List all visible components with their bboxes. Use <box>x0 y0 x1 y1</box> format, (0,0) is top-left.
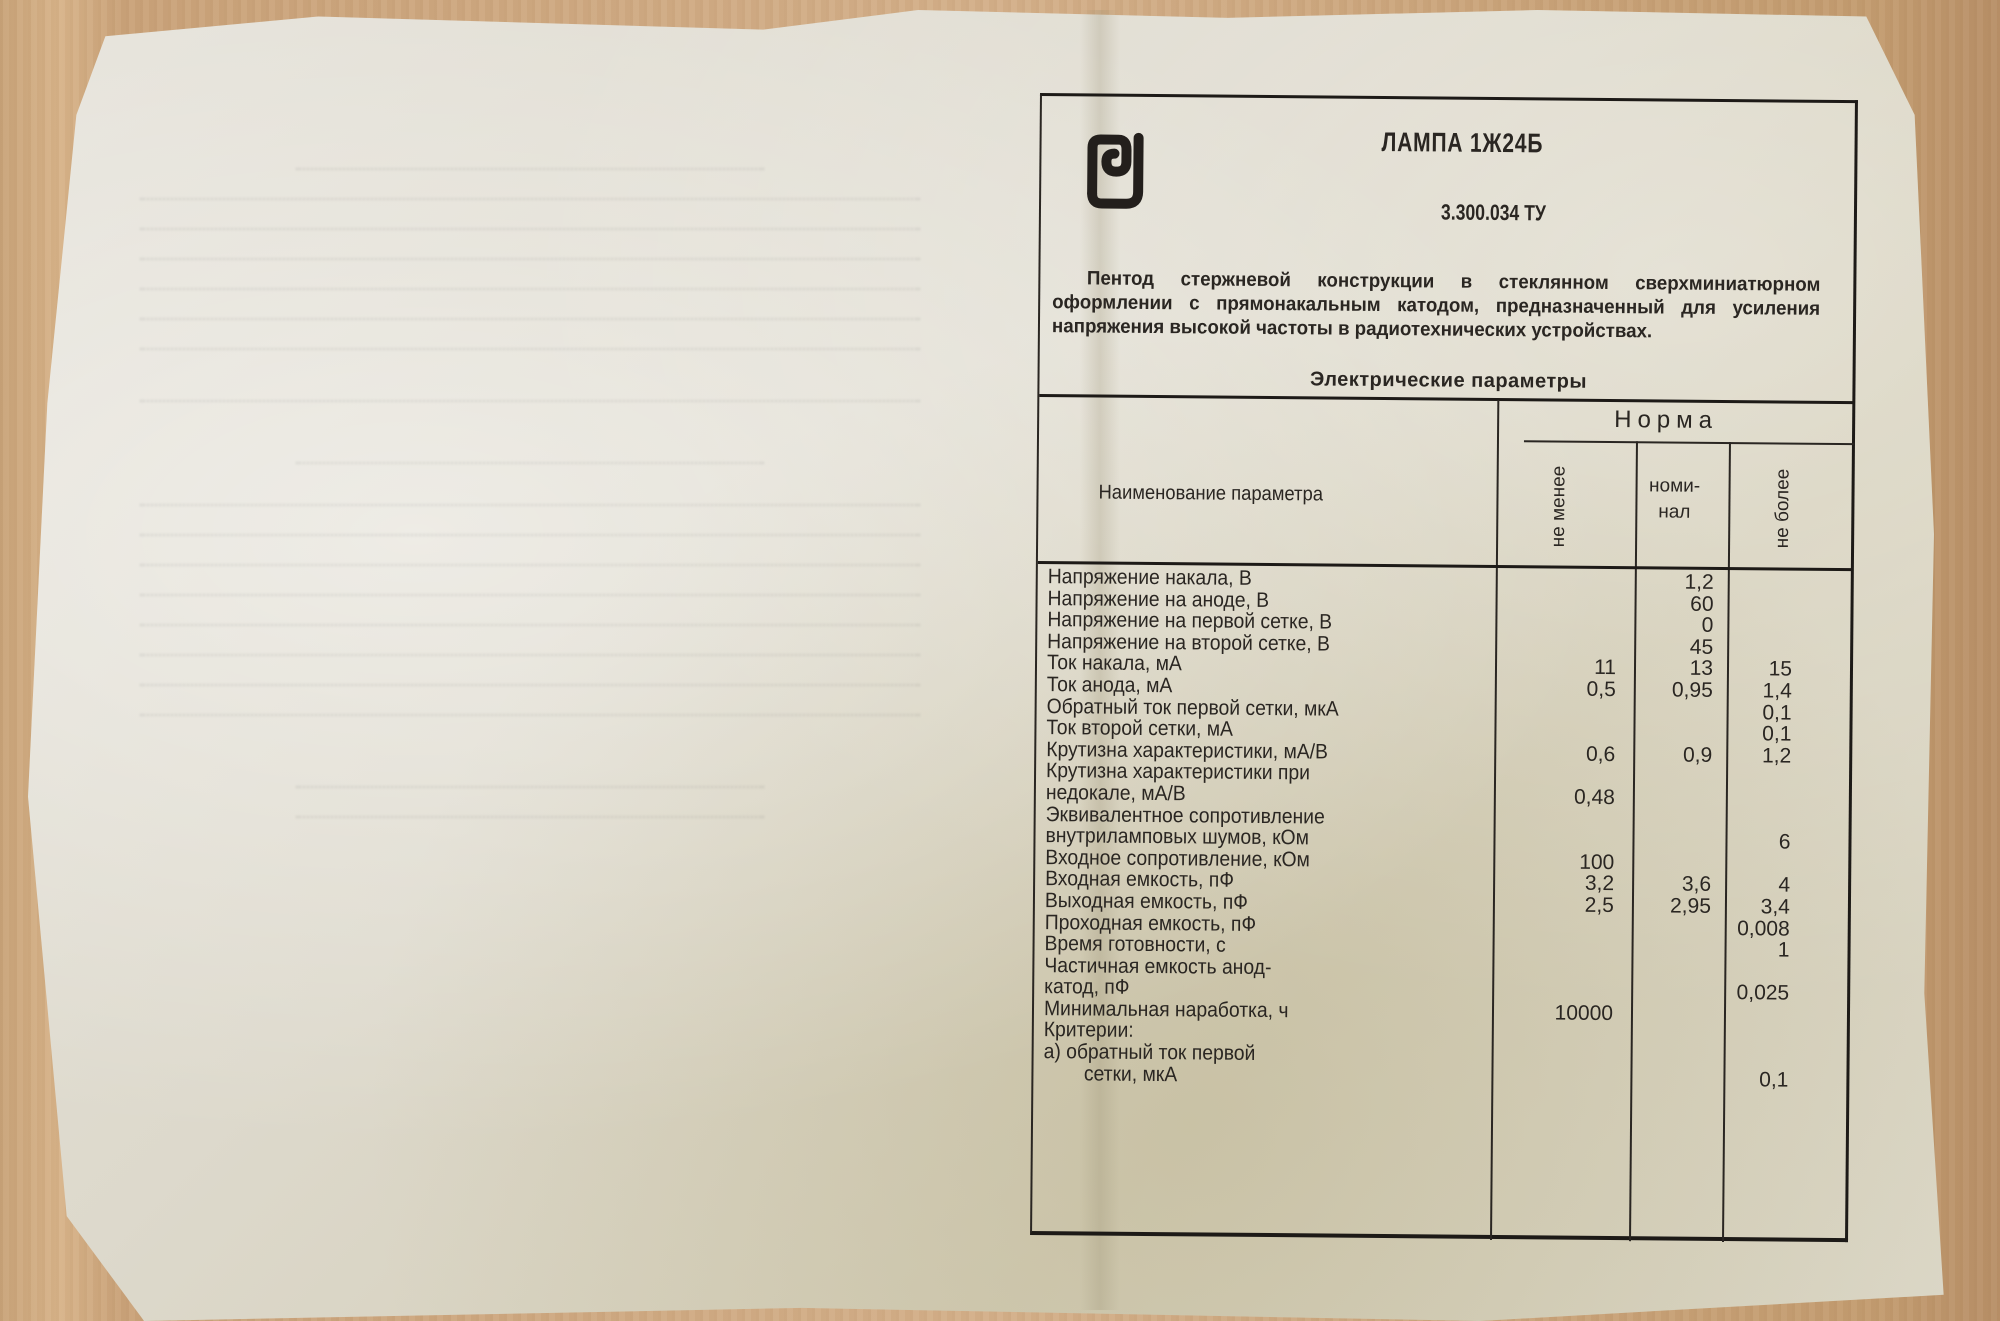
table-cell: 1,2 <box>1716 745 1821 768</box>
table-cell <box>1718 572 1823 595</box>
table-cell: 0,9 <box>1631 744 1716 766</box>
table-cell <box>1717 637 1822 660</box>
table-cell <box>1629 1003 1714 1025</box>
table-cell <box>1491 764 1631 787</box>
table-cell: 0,6 <box>1491 743 1631 766</box>
table-cell: 0,5 <box>1492 678 1632 701</box>
table-cell: сетки, мкА <box>1043 1063 1453 1088</box>
table-cell <box>1629 938 1714 960</box>
table-cell <box>1629 981 1714 1003</box>
table-top-rule <box>1039 394 1854 404</box>
table-cell <box>1489 1023 1629 1046</box>
table-cell <box>1491 807 1631 830</box>
table-cell <box>1716 788 1821 811</box>
table-cell <box>1630 917 1715 939</box>
table-cell <box>1628 1068 1713 1090</box>
table-cell <box>1491 721 1631 744</box>
table-cell <box>1629 1025 1714 1047</box>
table-cell: 0,48 <box>1491 786 1631 809</box>
table-cell: 60 <box>1632 593 1717 615</box>
table-cell <box>1488 1067 1628 1090</box>
table-cell: 3,2 <box>1490 872 1630 895</box>
table-cell <box>1717 615 1822 638</box>
table-cell: 6 <box>1715 831 1820 854</box>
nominal-column-header: номи- нал <box>1635 473 1713 526</box>
table-cell: 0,008 <box>1715 917 1820 940</box>
table-cell <box>1631 787 1716 809</box>
table-cell <box>1631 809 1716 831</box>
table-cell: 45 <box>1632 636 1717 658</box>
min-column-header: не менее <box>1548 466 1571 548</box>
table-cell <box>1631 722 1716 744</box>
table-cell <box>1489 959 1629 982</box>
table-cell: 1,4 <box>1717 680 1822 703</box>
section-title: Электрические параметры <box>1039 366 1857 396</box>
manufacturer-logo-icon <box>1078 131 1149 212</box>
datasheet-frame: ЛАМПА 1Ж24Б 3.300.034 ТУ Пентод стержнев… <box>1030 93 1858 1242</box>
table-cell: 0,1 <box>1717 701 1822 724</box>
table-cell: 4 <box>1715 874 1820 897</box>
table-cell <box>1629 960 1714 982</box>
table-cell: номи- <box>1635 473 1713 500</box>
table-cell <box>1490 829 1630 852</box>
spec-number: 3.300.034 ТУ <box>1441 200 1546 227</box>
table-cell: 1,2 <box>1633 571 1718 593</box>
table-cell: нал <box>1635 499 1713 526</box>
table-cell <box>1716 766 1821 789</box>
param-column-header: Наименование параметра <box>1098 482 1323 507</box>
table-cell <box>1492 700 1632 723</box>
table-cell <box>1489 980 1629 1003</box>
table-cell <box>1714 961 1819 984</box>
table-cell <box>1716 809 1821 832</box>
table-cell <box>1717 594 1822 617</box>
table-cell: 100 <box>1490 851 1630 874</box>
norma-header: Норма <box>1614 406 1718 435</box>
table-cell: 0,95 <box>1632 679 1717 701</box>
table-cell <box>1493 570 1633 593</box>
table-cell: 2,95 <box>1630 895 1715 917</box>
table-cell <box>1714 1025 1819 1048</box>
table-cell: 15 <box>1717 658 1822 681</box>
parameter-table-body: Напряжение накала, В1,2 Напряжение на ан… <box>1043 566 1852 1091</box>
table-cell <box>1489 1045 1629 1068</box>
table-cell <box>1632 701 1717 723</box>
table-cell <box>1629 1046 1714 1068</box>
table-cell: 10000 <box>1489 1002 1629 1025</box>
table-cell <box>1631 766 1716 788</box>
norma-rule <box>1524 440 1854 445</box>
table-cell <box>1714 1047 1819 1070</box>
table-cell <box>1630 830 1715 852</box>
table-cell: 0,1 <box>1713 1069 1818 1092</box>
table-cell: 0,1 <box>1716 723 1821 746</box>
table-cell: 1 <box>1714 939 1819 962</box>
table-cell <box>1492 635 1632 658</box>
table-cell: 11 <box>1492 656 1632 679</box>
table-cell <box>1492 613 1632 636</box>
table-cell <box>1715 853 1820 876</box>
tube-description: Пентод стержневой конструкции в стеклянн… <box>1052 266 1821 345</box>
table-cell: 3,6 <box>1630 873 1715 895</box>
table-cell <box>1490 915 1630 938</box>
table-cell <box>1492 592 1632 615</box>
table-cell <box>1489 937 1629 960</box>
max-column-header: не более <box>1772 469 1795 549</box>
table-cell: 0 <box>1632 614 1717 636</box>
reverse-side-bleed-through <box>140 140 920 1040</box>
table-cell: 3,4 <box>1715 896 1820 919</box>
table-cell <box>1630 852 1715 874</box>
table-cell: 2,5 <box>1490 894 1630 917</box>
table-cell: 0,025 <box>1714 982 1819 1005</box>
document-title: ЛАМПА 1Ж24Б <box>1381 127 1543 159</box>
table-cell <box>1714 1004 1819 1027</box>
table-cell: 13 <box>1632 658 1717 680</box>
